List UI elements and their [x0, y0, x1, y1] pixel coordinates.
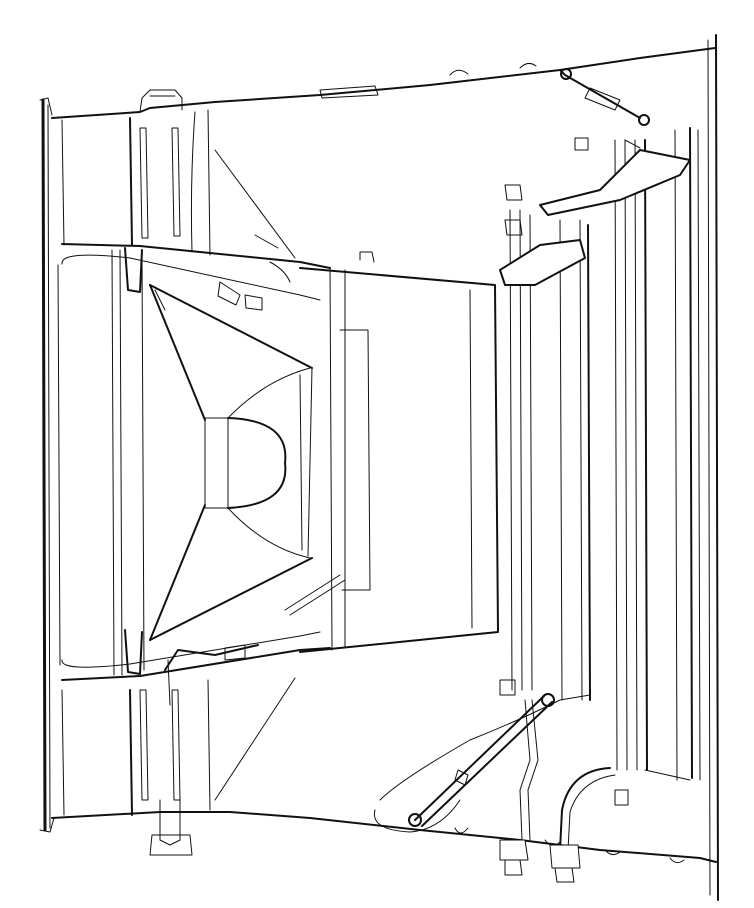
upper-skin — [52, 35, 718, 900]
lower-hinge-arms — [374, 680, 628, 882]
lower-actuator — [125, 575, 345, 705]
center-duct — [150, 252, 498, 652]
upper-actuator — [125, 248, 290, 310]
engine-nozzle-drawing — [0, 0, 754, 908]
upper-frame — [62, 110, 295, 258]
lower-frame — [62, 678, 295, 855]
reverser-doors — [510, 128, 700, 780]
duct-band — [58, 244, 330, 680]
line-drawing — [0, 0, 754, 908]
upper-hinge-arms — [500, 69, 690, 285]
front-flange — [40, 98, 54, 832]
